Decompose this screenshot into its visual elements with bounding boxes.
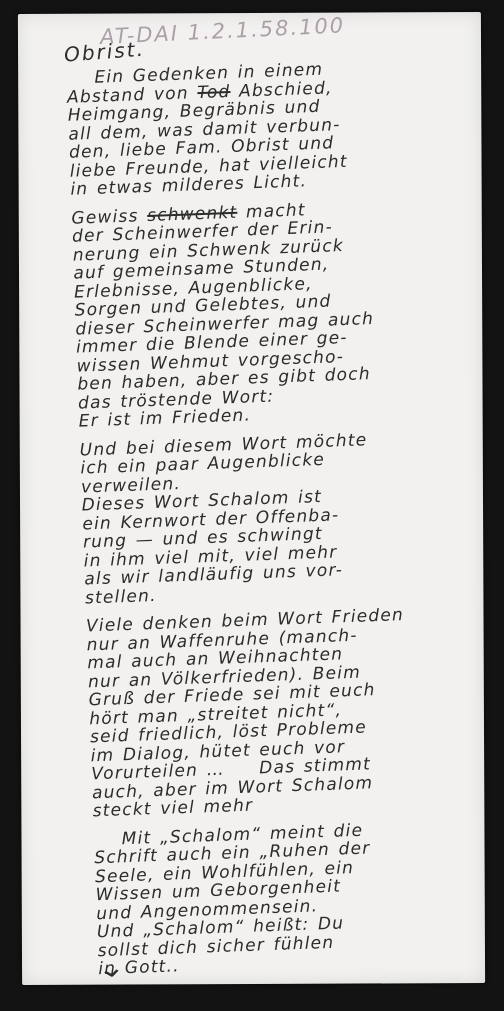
paragraph: Und bei diesem Wort möchteich ein paar A… — [79, 427, 485, 608]
manuscript-title: Obrist. — [63, 37, 145, 67]
photo-background: AT-DAI 1.2.1.58.100 Obrist. Ein Gedenken… — [0, 0, 504, 1011]
paragraph: Gewiss schwenkt machtder Scheinwerfer de… — [71, 195, 479, 431]
paragraph: Mit „Schalom“ meint dieSchrift auch ein … — [93, 817, 498, 979]
manuscript-body: Ein Gedenken in einemAbstand von Tod Abs… — [66, 55, 499, 988]
paragraph: Ein Gedenken in einemAbstand von Tod Abs… — [66, 55, 470, 199]
flourish-mark: ⌄ — [95, 952, 127, 986]
manuscript-paper: AT-DAI 1.2.1.58.100 Obrist. Ein Gedenken… — [18, 12, 485, 985]
paragraph: Viele denken beim Wort Friedennur an Waf… — [86, 603, 493, 821]
